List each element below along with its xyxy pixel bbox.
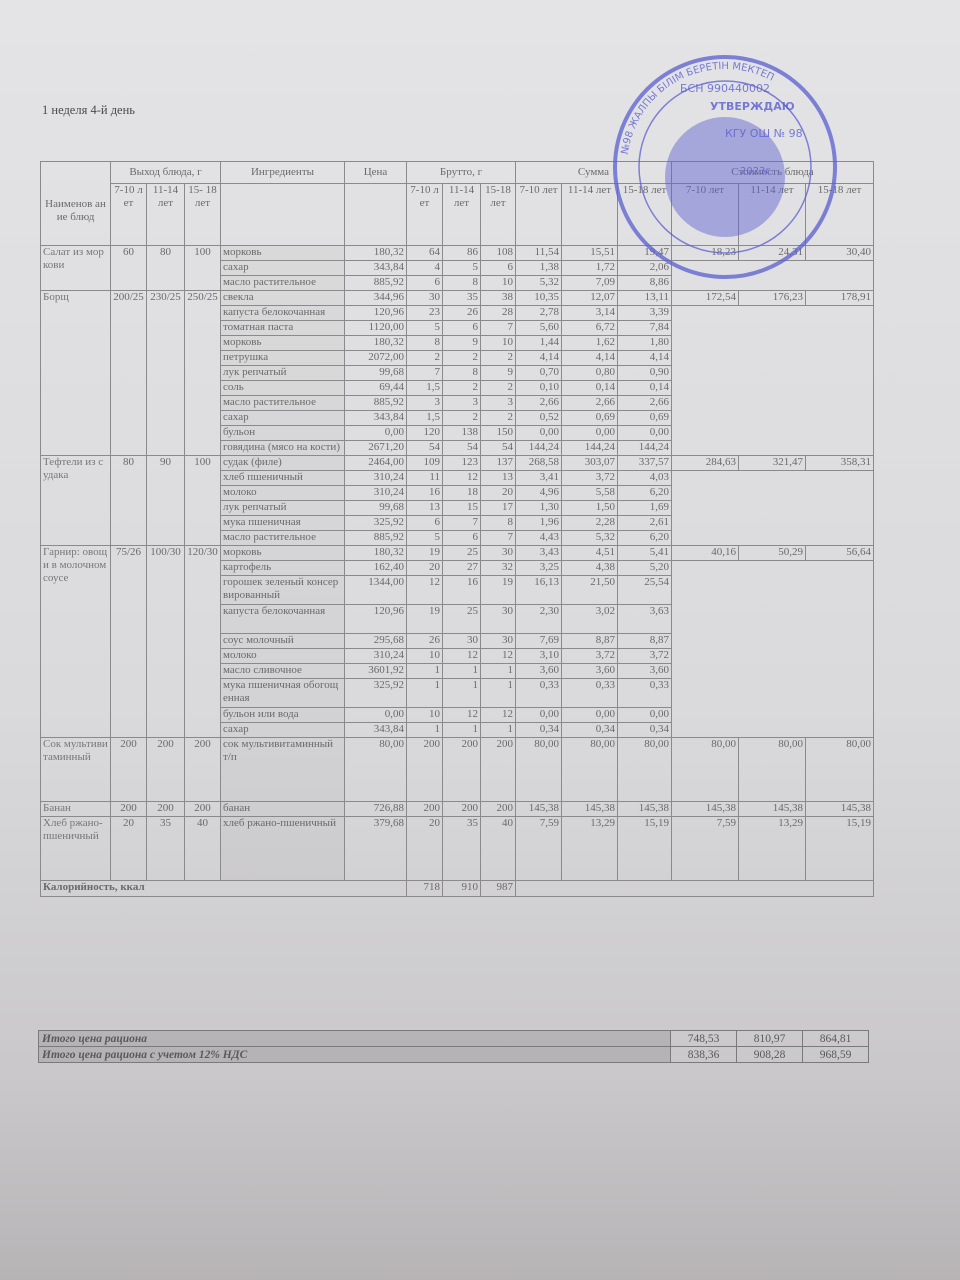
ingredient-name: сахар [221, 261, 345, 276]
ingredient-price: 343,84 [345, 261, 407, 276]
dish-yield: 40 [185, 817, 221, 881]
ingredient-name: молоко [221, 486, 345, 501]
ingredient-name: хлеб пшеничный [221, 471, 345, 486]
ingredient-sum: 0,10 [516, 381, 562, 396]
ingredient-sum: 0,34 [562, 723, 618, 738]
ingredient-brutto: 25 [443, 546, 481, 561]
ingredient-name: морковь [221, 336, 345, 351]
ingredient-sum: 0,34 [516, 723, 562, 738]
ingredient-brutto: 8 [443, 276, 481, 291]
ingredient-brutto: 20 [407, 561, 443, 576]
ingredient-sum: 3,41 [516, 471, 562, 486]
ingredient-sum: 80,00 [618, 738, 672, 802]
ingredient-sum: 2,78 [516, 306, 562, 321]
dish-name: Салат из моркови [41, 246, 111, 291]
ingredient-sum: 5,58 [562, 486, 618, 501]
stamp-ring-text: №98 ЖАЛПЫ БІЛІМ БЕРЕТІН МЕКТЕП [620, 61, 776, 155]
header-brutto-15-18: 15-18 лет [481, 184, 516, 246]
ingredient-sum: 4,14 [516, 351, 562, 366]
ingredient-price: 162,40 [345, 561, 407, 576]
ingredient-sum: 2,66 [618, 396, 672, 411]
ingredient-sum: 3,25 [516, 561, 562, 576]
dish-yield: 250/25 [185, 291, 221, 456]
ingredient-sum: 80,00 [516, 738, 562, 802]
ingredient-sum: 3,02 [562, 605, 618, 634]
ingredient-sum: 2,06 [618, 261, 672, 276]
ingredient-sum: 0,33 [618, 679, 672, 708]
header-dish-name: Наименов ание блюд [41, 162, 111, 246]
ingredient-brutto: 1 [481, 664, 516, 679]
ingredient-name: мука пшеничная [221, 516, 345, 531]
header-sum-11-14: 11-14 лет [562, 184, 618, 246]
ingredient-brutto: 123 [443, 456, 481, 471]
dish-cost: 7,59 [672, 817, 739, 881]
ingredient-price: 1344,00 [345, 576, 407, 605]
ingredient-brutto: 28 [481, 306, 516, 321]
header-yield-7-10: 7-10 лет [111, 184, 147, 246]
ingredient-brutto: 19 [481, 576, 516, 605]
ingredient-brutto: 2 [443, 381, 481, 396]
ingredient-sum: 2,28 [562, 516, 618, 531]
ingredient-name: соль [221, 381, 345, 396]
ingredient-price: 295,68 [345, 634, 407, 649]
ingredient-sum: 0,00 [516, 426, 562, 441]
dish-yield: 200/25 [111, 291, 147, 456]
ingredient-brutto: 12 [481, 649, 516, 664]
ingredient-sum: 25,54 [618, 576, 672, 605]
ingredient-sum: 3,72 [562, 649, 618, 664]
ingredient-sum: 1,69 [618, 501, 672, 516]
ingredient-name: масло растительное [221, 396, 345, 411]
dish-cost-blank [672, 561, 874, 738]
dish-yield: 100 [185, 456, 221, 546]
ingredient-brutto: 1 [407, 664, 443, 679]
calories-7-10: 718 [407, 881, 443, 897]
total-vat-15-18: 968,59 [803, 1047, 869, 1063]
ingredient-name: капуста белокочанная [221, 605, 345, 634]
ingredient-sum: 268,58 [516, 456, 562, 471]
ingredient-name: морковь [221, 546, 345, 561]
table-row: Банан200200200банан726,88200200200145,38… [41, 802, 874, 817]
ingredient-brutto: 108 [481, 246, 516, 261]
ingredient-brutto: 2 [407, 351, 443, 366]
ingredient-sum: 5,20 [618, 561, 672, 576]
ingredient-brutto: 30 [407, 291, 443, 306]
dish-yield: 90 [147, 456, 185, 546]
total-11-14: 810,97 [737, 1031, 803, 1047]
ingredient-sum: 0,69 [618, 411, 672, 426]
total-label: Итого цена рациона [39, 1031, 671, 1047]
ingredient-brutto: 1 [481, 723, 516, 738]
ingredient-price: 726,88 [345, 802, 407, 817]
header-price: Цена [345, 162, 407, 184]
ingredient-name: хлеб ржано-пшеничный [221, 817, 345, 881]
dish-yield: 200 [185, 802, 221, 817]
dish-yield: 200 [147, 738, 185, 802]
ingredient-price: 310,24 [345, 486, 407, 501]
ingredient-brutto: 12 [443, 708, 481, 723]
ingredient-brutto: 8 [407, 336, 443, 351]
ingredient-brutto: 8 [481, 516, 516, 531]
header-cost-15-18: 15-18 лет [806, 184, 874, 246]
ingredient-brutto: 25 [443, 605, 481, 634]
ingredient-sum: 0,00 [618, 708, 672, 723]
ingredient-sum: 1,96 [516, 516, 562, 531]
ingredient-price: 3601,92 [345, 664, 407, 679]
ingredient-price: 310,24 [345, 471, 407, 486]
ingredient-price: 344,96 [345, 291, 407, 306]
ingredient-brutto: 20 [407, 817, 443, 881]
ingredient-brutto: 7 [481, 531, 516, 546]
ingredient-brutto: 1 [481, 679, 516, 708]
dish-yield: 80 [147, 246, 185, 291]
ingredient-price: 885,92 [345, 531, 407, 546]
header-yield: Выход блюда, г [111, 162, 221, 184]
ingredient-price: 325,92 [345, 679, 407, 708]
ingredient-sum: 3,72 [562, 471, 618, 486]
ingredient-name: масло растительное [221, 531, 345, 546]
table-row: Борщ200/25230/25250/25свекла344,96303538… [41, 291, 874, 306]
ingredient-brutto: 17 [481, 501, 516, 516]
ingredient-sum: 19,47 [618, 246, 672, 261]
ingredient-price: 2072,00 [345, 351, 407, 366]
dish-cost: 18,23 [672, 246, 739, 261]
ingredient-price: 69,44 [345, 381, 407, 396]
menu-body: Салат из моркови6080100морковь180,326486… [41, 246, 874, 881]
dish-cost: 321,47 [739, 456, 806, 471]
header-sum: Сумма [516, 162, 672, 184]
ingredient-brutto: 30 [481, 634, 516, 649]
ingredient-brutto: 10 [407, 649, 443, 664]
ingredient-sum: 11,54 [516, 246, 562, 261]
ingredient-sum: 8,87 [562, 634, 618, 649]
ingredient-brutto: 9 [481, 366, 516, 381]
header-yield-15-18: 15- 18 лет [185, 184, 221, 246]
ingredient-sum: 3,43 [516, 546, 562, 561]
header-cost-11-14: 11-14 лет [739, 184, 806, 246]
ingredient-brutto: 200 [407, 802, 443, 817]
ingredient-name: петрушка [221, 351, 345, 366]
header-ingredients-blank [221, 184, 345, 246]
ingredient-name: говядина (мясо на кости) [221, 441, 345, 456]
ingredient-name: соус молочный [221, 634, 345, 649]
ingredient-brutto: 20 [481, 486, 516, 501]
dish-cost: 178,91 [806, 291, 874, 306]
dish-yield: 200 [111, 802, 147, 817]
header-brutto: Брутто, г [407, 162, 516, 184]
ingredient-brutto: 30 [481, 546, 516, 561]
ingredient-brutto: 1 [443, 664, 481, 679]
ingredient-brutto: 5 [407, 321, 443, 336]
ingredient-name: горошек зеленый консервированный [221, 576, 345, 605]
ingredient-name: масло сливочное [221, 664, 345, 679]
ingredient-sum: 4,96 [516, 486, 562, 501]
dish-yield: 200 [147, 802, 185, 817]
ingredient-brutto: 15 [443, 501, 481, 516]
ingredient-price: 120,96 [345, 306, 407, 321]
ingredient-brutto: 10 [407, 708, 443, 723]
dish-cost: 80,00 [739, 738, 806, 802]
ingredient-brutto: 26 [407, 634, 443, 649]
ingredient-sum: 6,20 [618, 531, 672, 546]
ingredient-sum: 5,60 [516, 321, 562, 336]
ingredient-brutto: 54 [407, 441, 443, 456]
ingredient-brutto: 1 [407, 723, 443, 738]
ingredient-brutto: 35 [443, 291, 481, 306]
ingredient-price: 180,32 [345, 336, 407, 351]
ingredient-sum: 3,63 [618, 605, 672, 634]
ingredient-sum: 15,51 [562, 246, 618, 261]
ingredient-sum: 0,00 [562, 708, 618, 723]
ingredient-sum: 6,72 [562, 321, 618, 336]
table-row: Хлеб ржано-пшеничный203540хлеб ржано-пше… [41, 817, 874, 881]
ingredient-name: сахар [221, 723, 345, 738]
ingredient-sum: 1,72 [562, 261, 618, 276]
dish-cost: 50,29 [739, 546, 806, 561]
ingredient-brutto: 200 [407, 738, 443, 802]
table-row: Гарнир: овощи в молочном соусе75/26100/3… [41, 546, 874, 561]
ingredient-price: 310,24 [345, 649, 407, 664]
dish-cost: 145,38 [806, 802, 874, 817]
ingredient-sum: 3,60 [562, 664, 618, 679]
calories-blank [516, 881, 874, 897]
ingredient-sum: 144,24 [562, 441, 618, 456]
ingredient-brutto: 12 [481, 708, 516, 723]
ingredient-brutto: 2 [443, 411, 481, 426]
ingredient-price: 885,92 [345, 276, 407, 291]
ingredient-sum: 5,32 [516, 276, 562, 291]
ingredient-sum: 3,60 [516, 664, 562, 679]
ingredient-sum: 4,38 [562, 561, 618, 576]
ingredient-brutto: 137 [481, 456, 516, 471]
ingredient-sum: 2,66 [516, 396, 562, 411]
dish-cost: 13,29 [739, 817, 806, 881]
ingredient-price: 2464,00 [345, 456, 407, 471]
ingredient-brutto: 26 [443, 306, 481, 321]
totals-table: Итого цена рациона 748,53 810,97 864,81 … [38, 1030, 869, 1063]
ingredient-brutto: 18 [443, 486, 481, 501]
ingredient-price: 325,92 [345, 516, 407, 531]
ingredient-brutto: 1 [407, 679, 443, 708]
ingredient-brutto: 10 [481, 336, 516, 351]
ingredient-sum: 13,29 [562, 817, 618, 881]
ingredient-brutto: 7 [481, 321, 516, 336]
ingredient-sum: 7,69 [516, 634, 562, 649]
ingredient-brutto: 1 [443, 679, 481, 708]
ingredient-brutto: 200 [443, 802, 481, 817]
ingredient-sum: 4,14 [618, 351, 672, 366]
ingredient-sum: 5,32 [562, 531, 618, 546]
stamp-approve: УТВЕРЖДАЮ [710, 100, 795, 113]
dish-cost: 15,19 [806, 817, 874, 881]
ingredient-name: картофель [221, 561, 345, 576]
calories-15-18: 987 [481, 881, 516, 897]
dish-cost: 176,23 [739, 291, 806, 306]
ingredient-sum: 0,00 [618, 426, 672, 441]
ingredient-name: лук репчатый [221, 501, 345, 516]
ingredient-brutto: 12 [443, 649, 481, 664]
ingredient-sum: 4,51 [562, 546, 618, 561]
dish-cost: 358,31 [806, 456, 874, 471]
dish-cost: 284,63 [672, 456, 739, 471]
ingredient-sum: 1,62 [562, 336, 618, 351]
ingredient-name: сок мультивитаминный т/п [221, 738, 345, 802]
ingredient-brutto: 5 [407, 531, 443, 546]
ingredient-price: 80,00 [345, 738, 407, 802]
ingredient-brutto: 40 [481, 817, 516, 881]
dish-cost: 172,54 [672, 291, 739, 306]
ingredient-price: 0,00 [345, 426, 407, 441]
ingredient-sum: 4,43 [516, 531, 562, 546]
dish-name: Борщ [41, 291, 111, 456]
dish-cost-blank [672, 261, 874, 291]
dish-yield: 120/30 [185, 546, 221, 738]
dish-name: Хлеб ржано-пшеничный [41, 817, 111, 881]
ingredient-name: морковь [221, 246, 345, 261]
ingredient-sum: 0,69 [562, 411, 618, 426]
ingredient-price: 180,32 [345, 246, 407, 261]
ingredient-brutto: 120 [407, 426, 443, 441]
dish-yield: 200 [185, 738, 221, 802]
ingredient-brutto: 6 [481, 261, 516, 276]
ingredient-sum: 0,90 [618, 366, 672, 381]
ingredient-price: 1120,00 [345, 321, 407, 336]
ingredient-sum: 145,38 [516, 802, 562, 817]
ingredient-brutto: 23 [407, 306, 443, 321]
total-vat-row: Итого цена рациона с учетом 12% НДС 838,… [39, 1047, 869, 1063]
ingredient-sum: 12,07 [562, 291, 618, 306]
ingredient-brutto: 16 [407, 486, 443, 501]
ingredient-brutto: 109 [407, 456, 443, 471]
ingredient-sum: 145,38 [618, 802, 672, 817]
total-7-10: 748,53 [671, 1031, 737, 1047]
ingredient-sum: 0,33 [562, 679, 618, 708]
ingredient-brutto: 30 [443, 634, 481, 649]
header-price-blank [345, 184, 407, 246]
ingredient-sum: 10,35 [516, 291, 562, 306]
ingredient-brutto: 12 [443, 471, 481, 486]
ingredient-sum: 7,59 [516, 817, 562, 881]
ingredient-brutto: 3 [407, 396, 443, 411]
ingredient-price: 99,68 [345, 366, 407, 381]
ingredient-brutto: 64 [407, 246, 443, 261]
svg-text:№98 ЖАЛПЫ БІЛІМ БЕРЕТІН МЕКТЕП: №98 ЖАЛПЫ БІЛІМ БЕРЕТІН МЕКТЕП [620, 61, 776, 155]
ingredient-sum: 3,72 [618, 649, 672, 664]
ingredient-brutto: 13 [407, 501, 443, 516]
ingredient-brutto: 1 [443, 723, 481, 738]
ingredient-sum: 1,44 [516, 336, 562, 351]
table-row: Салат из моркови6080100морковь180,326486… [41, 246, 874, 261]
ingredient-brutto: 9 [443, 336, 481, 351]
ingredient-sum: 0,00 [562, 426, 618, 441]
header-yield-11-14: 11-14 лет [147, 184, 185, 246]
ingredient-sum: 3,10 [516, 649, 562, 664]
ingredient-name: банан [221, 802, 345, 817]
dish-yield: 80 [111, 456, 147, 546]
header-dish-cost: Стоимость блюда [672, 162, 874, 184]
ingredient-sum: 3,39 [618, 306, 672, 321]
ingredient-brutto: 7 [407, 366, 443, 381]
ingredient-brutto: 4 [407, 261, 443, 276]
dish-yield: 60 [111, 246, 147, 291]
dish-yield: 100 [185, 246, 221, 291]
ingredient-sum: 144,24 [618, 441, 672, 456]
stamp-org: КГУ ОШ № 98 [725, 127, 803, 140]
ingredient-sum: 1,30 [516, 501, 562, 516]
ingredient-brutto: 3 [443, 396, 481, 411]
dish-yield: 230/25 [147, 291, 185, 456]
dish-cost: 145,38 [672, 802, 739, 817]
ingredient-brutto: 11 [407, 471, 443, 486]
dish-cost: 56,64 [806, 546, 874, 561]
ingredient-name: лук репчатый [221, 366, 345, 381]
stamp-bin: БСН 990440002 [680, 82, 770, 95]
ingredient-name: томатная паста [221, 321, 345, 336]
ingredient-brutto: 10 [481, 276, 516, 291]
ingredient-name: бульон [221, 426, 345, 441]
ingredient-brutto: 1,5 [407, 381, 443, 396]
ingredient-sum: 337,57 [618, 456, 672, 471]
ingredient-sum: 0,34 [618, 723, 672, 738]
ingredient-brutto: 12 [407, 576, 443, 605]
calories-row: Калорийность, ккал 718 910 987 [41, 881, 874, 897]
ingredient-sum: 1,80 [618, 336, 672, 351]
total-row: Итого цена рациона 748,53 810,97 864,81 [39, 1031, 869, 1047]
ingredient-sum: 4,14 [562, 351, 618, 366]
ingredient-brutto: 6 [443, 531, 481, 546]
ingredient-brutto: 35 [443, 817, 481, 881]
ingredient-name: судак (филе) [221, 456, 345, 471]
table-row: Тефтели из судака8090100судак (филе)2464… [41, 456, 874, 471]
dish-cost: 80,00 [806, 738, 874, 802]
dish-yield: 200 [111, 738, 147, 802]
page-title: 1 неделя 4-й день [42, 103, 135, 118]
dish-cost: 24,31 [739, 246, 806, 261]
ingredient-brutto: 32 [481, 561, 516, 576]
ingredient-brutto: 7 [443, 516, 481, 531]
ingredient-sum: 0,33 [516, 679, 562, 708]
ingredient-brutto: 138 [443, 426, 481, 441]
ingredient-sum: 7,09 [562, 276, 618, 291]
ingredient-brutto: 5 [443, 261, 481, 276]
ingredient-sum: 3,60 [618, 664, 672, 679]
ingredient-price: 343,84 [345, 411, 407, 426]
header-sum-15-18: 15-18 лет [618, 184, 672, 246]
ingredient-price: 99,68 [345, 501, 407, 516]
ingredient-sum: 0,14 [562, 381, 618, 396]
ingredient-brutto: 6 [407, 516, 443, 531]
total-vat-11-14: 908,28 [737, 1047, 803, 1063]
ingredient-sum: 0,00 [516, 708, 562, 723]
ingredient-brutto: 200 [443, 738, 481, 802]
header-cost-7-10: 7-10 лет [672, 184, 739, 246]
ingredient-sum: 1,50 [562, 501, 618, 516]
ingredient-brutto: 200 [481, 738, 516, 802]
total-15-18: 864,81 [803, 1031, 869, 1047]
ingredient-sum: 15,19 [618, 817, 672, 881]
ingredient-sum: 7,84 [618, 321, 672, 336]
ingredient-sum: 2,66 [562, 396, 618, 411]
ingredient-name: свекла [221, 291, 345, 306]
table-row: Сок мультивитаминный200200200сок мультив… [41, 738, 874, 802]
ingredient-brutto: 3 [481, 396, 516, 411]
ingredient-brutto: 6 [407, 276, 443, 291]
header-brutto-11-14: 11-14 лет [443, 184, 481, 246]
header-ingredients: Ингредиенты [221, 162, 345, 184]
ingredient-sum: 2,61 [618, 516, 672, 531]
ingredient-sum: 6,20 [618, 486, 672, 501]
ingredient-name: бульон или вода [221, 708, 345, 723]
